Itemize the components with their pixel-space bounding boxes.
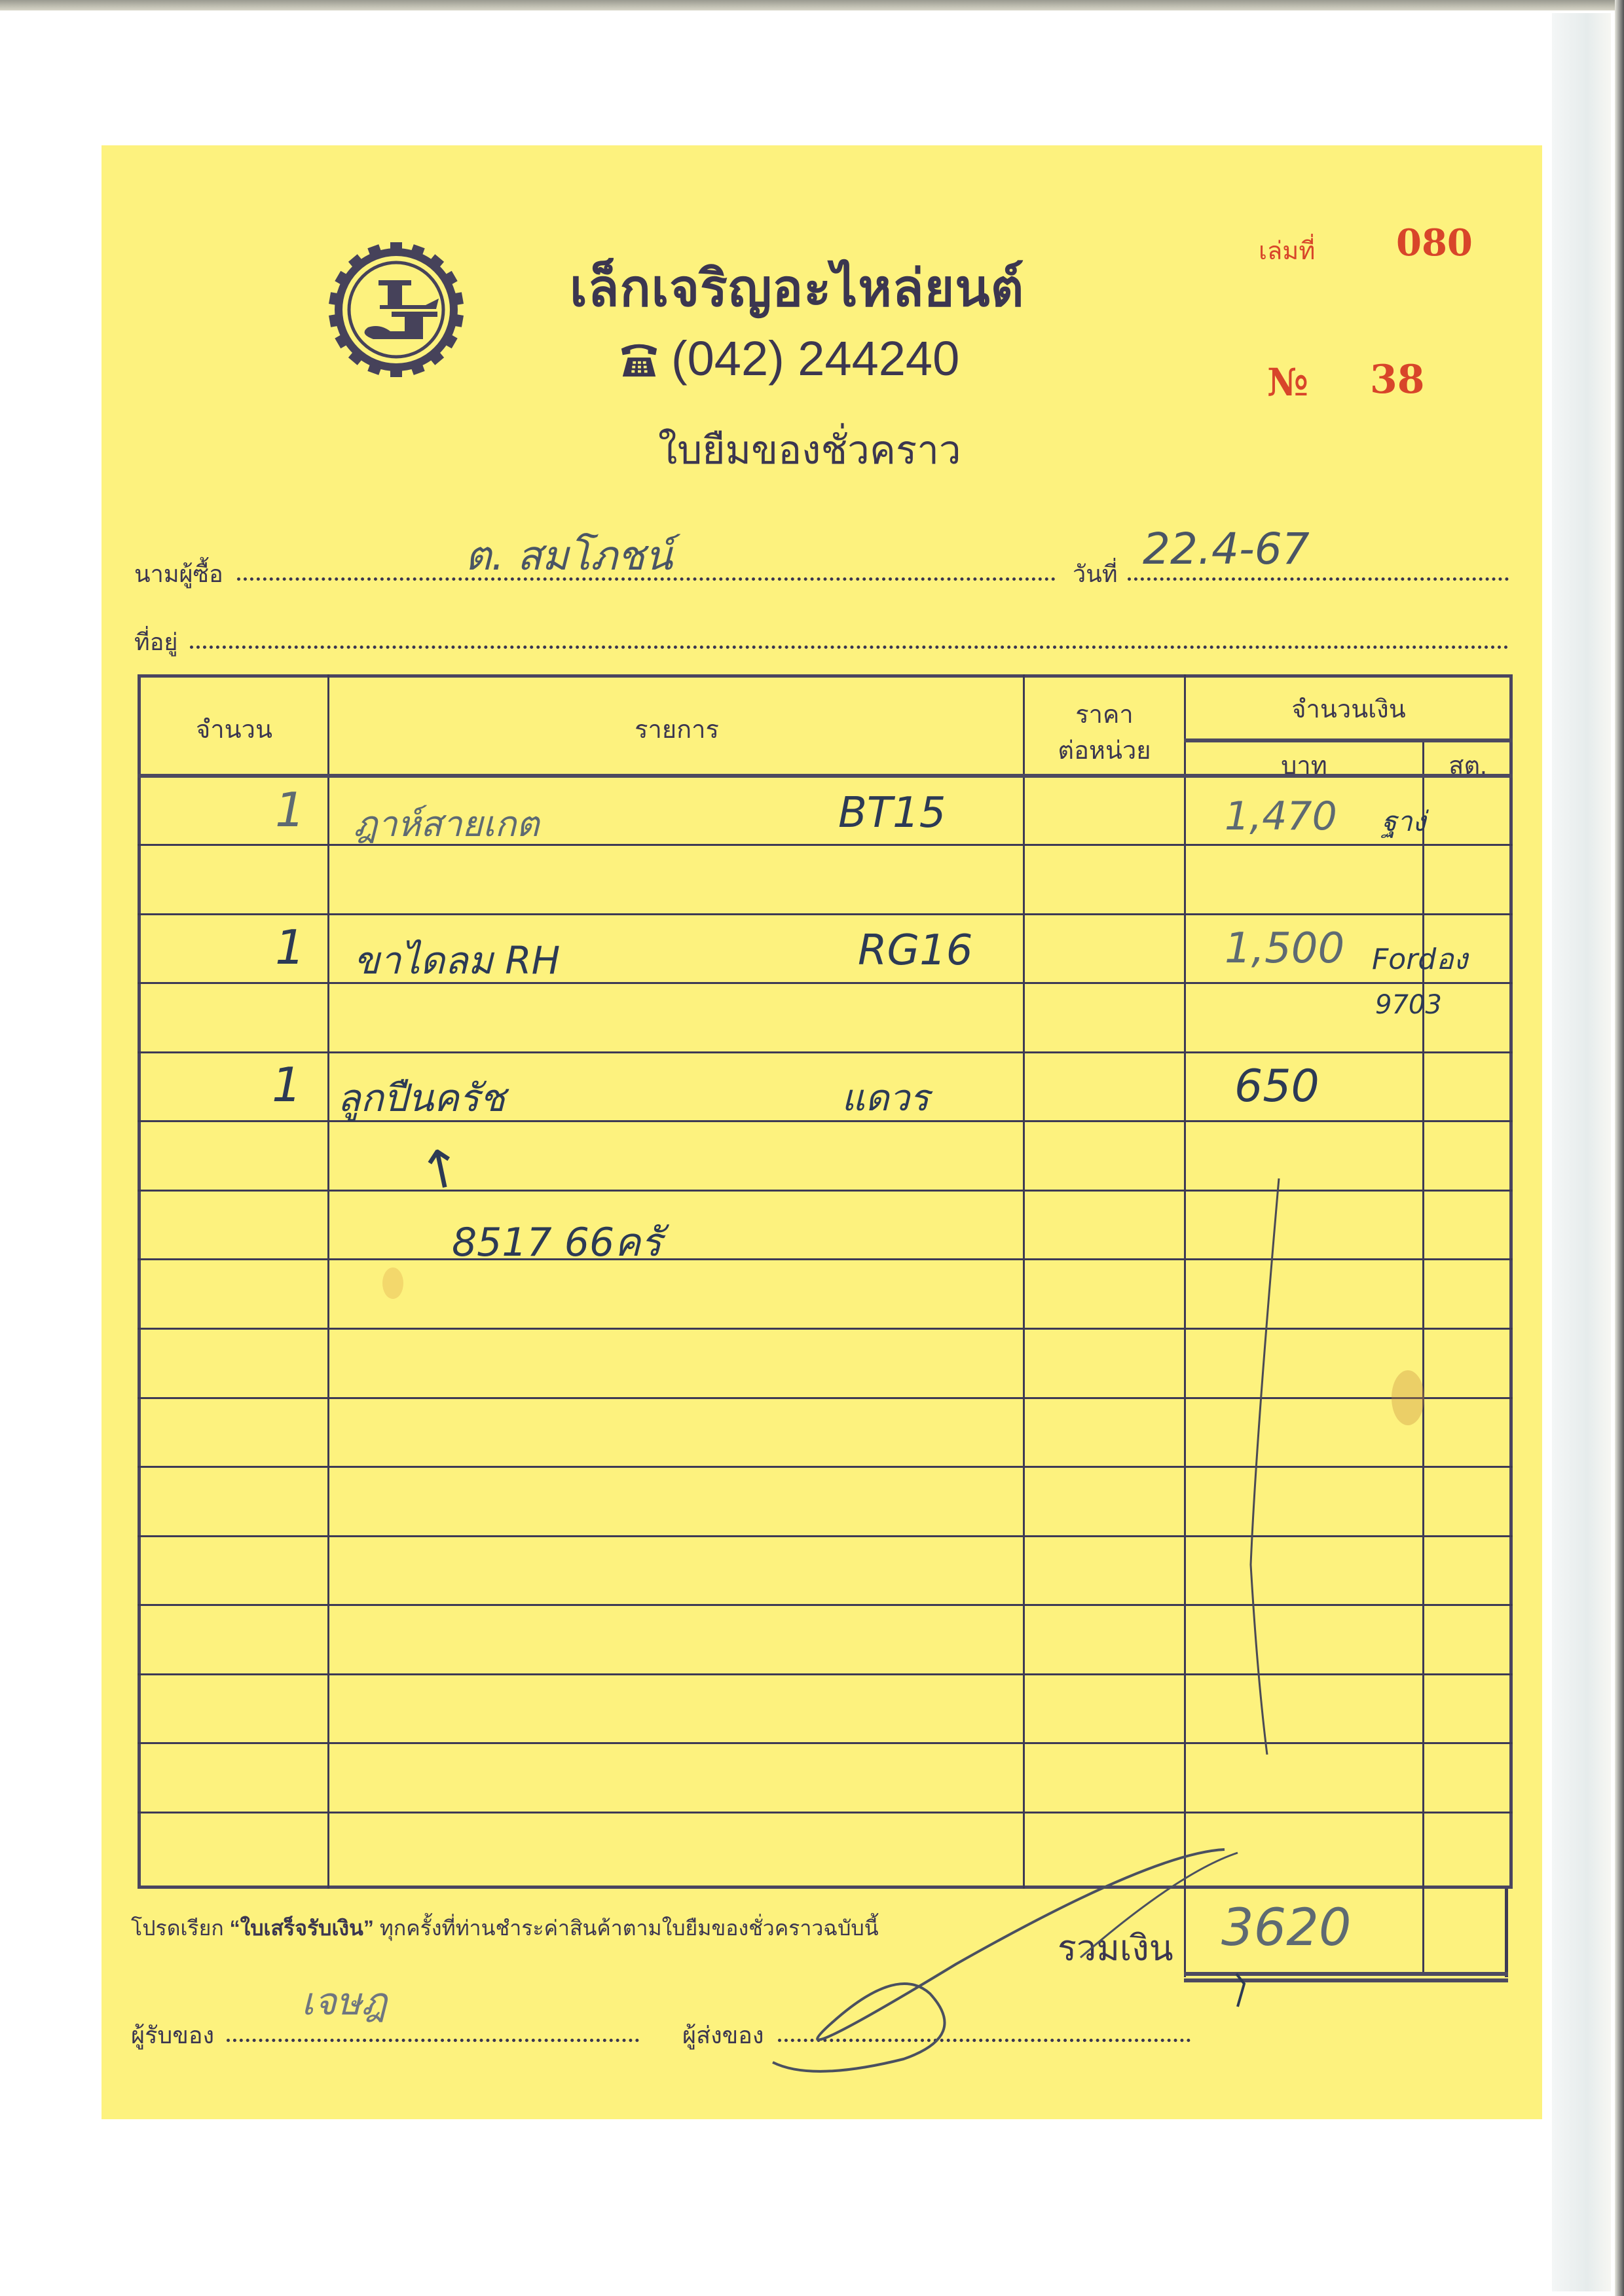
scanner-shadow (1552, 13, 1611, 2291)
row-qty[interactable]: 1 (275, 782, 305, 837)
phone-number: (042) 244240 (671, 331, 959, 386)
row-line (138, 1397, 1513, 1399)
buyer-label: นามผู้ซื้อ (134, 555, 223, 592)
receiver-signature[interactable]: เจษฎ (301, 1971, 387, 2032)
row-satang-note[interactable]: Fordอง (1372, 936, 1467, 982)
document-title: ใบยืมของชั่วคราว (658, 419, 961, 481)
scanner-edge-top (0, 0, 1624, 10)
header-satang: สต. (1424, 745, 1511, 785)
row-line (138, 844, 1513, 846)
row-line (138, 1742, 1513, 1744)
row-line (138, 1673, 1513, 1675)
row-code[interactable]: RG16 (858, 926, 973, 975)
footer-note-prefix: โปรดเรียก (131, 1916, 224, 1940)
col-divider-qty (327, 674, 329, 1889)
company-logo-gear-icon (327, 241, 465, 378)
row-item[interactable]: ลูกปืนครัช (337, 1067, 505, 1128)
scanner-edge-right (1615, 0, 1624, 2296)
row-line (138, 1258, 1513, 1260)
receiver-label: ผู้รับของ (131, 2016, 214, 2054)
row-satang-note[interactable]: ฐาง่ (1382, 800, 1426, 843)
amount-subheader-line (1184, 738, 1513, 742)
col-divider-item (1023, 674, 1025, 1889)
header-item: รายการ (331, 709, 1023, 749)
address-label: ที่อยู่ (134, 623, 177, 661)
number-label: № (1267, 360, 1308, 405)
footer-note: โปรดเรียก “ใบเสร็จรับเงิน” ทุกครั้งที่ท่… (131, 1912, 879, 1945)
row-code[interactable]: แดวร (841, 1068, 929, 1127)
items-table (138, 674, 1513, 1889)
row-baht[interactable]: 1,500 (1225, 924, 1344, 973)
row-code[interactable]: BT15 (838, 789, 946, 837)
date-value[interactable]: 22.4-67 (1143, 524, 1310, 574)
row-line (138, 1051, 1513, 1053)
row-line (138, 982, 1513, 984)
row-line (138, 1604, 1513, 1606)
total-underline-1 (1184, 1972, 1508, 1976)
row-item[interactable]: ฎาห์สายเกต (354, 795, 539, 852)
receiver-dotted-line (227, 2039, 639, 2042)
row-line (138, 1466, 1513, 1468)
row-annotation[interactable]: 8517 66ครั (452, 1211, 661, 1273)
row-line (138, 1190, 1513, 1192)
row-baht[interactable]: 1,470 (1225, 793, 1337, 839)
row-qty[interactable]: 1 (272, 1057, 302, 1112)
row-baht[interactable]: 650 (1234, 1061, 1319, 1112)
sender-dotted-line (778, 2039, 1190, 2042)
date-label: วันที่ (1073, 555, 1118, 592)
phone-row: (042) 244240 (619, 331, 959, 386)
col-divider-baht (1422, 740, 1424, 1974)
address-dotted-line (190, 646, 1509, 649)
total-baht[interactable]: 3620 (1221, 1899, 1352, 1958)
footer-note-suffix: ทุกครั้งที่ท่านชำระค่าสินค้าตามใบยืมของช… (380, 1916, 879, 1940)
row-satang-note-2[interactable]: 9703 (1375, 990, 1442, 1020)
sender-label: ผู้ส่งของ (682, 2016, 764, 2054)
header-amount: จำนวนเงิน (1186, 689, 1511, 729)
header-unit-price-1: ราคา (1025, 694, 1184, 734)
row-line (138, 1812, 1513, 1813)
row-line (138, 1535, 1513, 1537)
footer-note-bold: “ใบเสร็จรับเงิน” (230, 1916, 374, 1940)
total-label: รวมเงิน (1058, 1920, 1173, 1976)
book-label: เล่มที่ (1259, 230, 1315, 270)
company-name: เล็กเจริญอะไหล่ยนต์ (570, 247, 1024, 329)
col-divider-price (1184, 674, 1186, 1977)
date-dotted-line (1128, 577, 1509, 581)
row-qty[interactable]: 1 (275, 920, 305, 975)
row-item[interactable]: ขาไดลม RH (354, 930, 560, 991)
header-qty: จำนวน (141, 709, 327, 749)
header-unit-price-2: ต่อหน่วย (1025, 730, 1184, 770)
total-box-right (1505, 1889, 1508, 1977)
book-number: 080 (1396, 221, 1473, 264)
document-number: 38 (1370, 357, 1425, 403)
row-line (138, 913, 1513, 915)
telephone-icon (619, 338, 659, 379)
buyer-value[interactable]: ต. สมโภชน์ (465, 524, 673, 588)
row-line (138, 1328, 1513, 1330)
total-underline-2 (1184, 1978, 1508, 1982)
header-baht: บาท (1186, 745, 1422, 785)
